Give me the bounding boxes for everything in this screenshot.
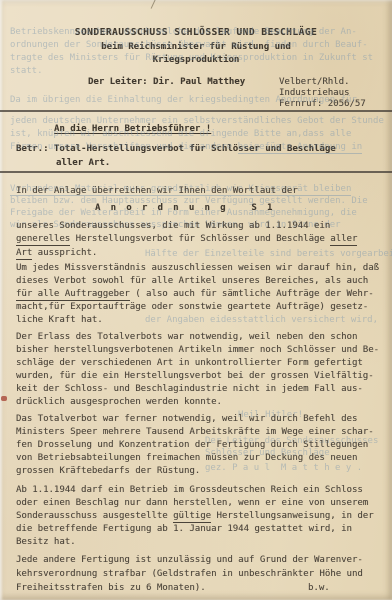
body-line: schläge der verschiedenen Art in unkontr… [16,358,363,369]
body-line: In der Anlage überreichen wir Ihnen den … [16,186,298,197]
ghost-line: ist, knüpfen wir abschliessend die dring… [10,129,351,140]
divider-rule-top [0,110,392,112]
body-line: bisher herstellungsverbotenen Artikeln i… [16,345,379,356]
ghost-line: Hälfte der Einzelteile sind bereits vorg… [145,249,392,260]
red-margin-mark [1,396,7,401]
pencil-mark [151,0,157,9]
body-line: die betreffende Fertigung ab 1. Januar 1… [16,524,352,535]
document-page: SONDERAUSSCHUSS SCHLÖSSER UND BESCHLÄGE … [0,0,392,600]
body-line: Der Erlass des Totalverbots war notwendi… [16,332,357,343]
body-line: Um jedes Missverständnis auszuschliessen… [16,263,379,274]
body-line: Jede andere Fertigung ist unzulässig und… [16,555,363,566]
body-line: Ab 1.1.1944 darf ein Betrieb im Grossdeu… [16,485,363,496]
body-line: Art ausspricht. [16,248,97,259]
body-line: Das Totalverbot war ferner notwendig, we… [16,414,357,425]
body-line: generelles Herstellungsverbot für Schlös… [16,234,357,245]
body-line: grossen Kräftebedarfs der Rüstung. [16,466,200,477]
body-line: für alle Auftraggeber ( also auch für sä… [16,289,374,300]
body-line: Besitz hat. [16,537,76,548]
body-line: macht,für Exportaufträge oder sonstwie g… [16,302,368,313]
body-line: keit der Schloss- und Beschlagindustrie … [16,384,363,395]
body-line: unseres Sonderausschusses, die mit Wirku… [16,221,330,232]
ghost-line: statt. [10,66,43,77]
body-line: Sonderausschuss ausgestellte gültige Her… [16,511,374,522]
ghost-line: gez. P a u l M a t t h e y . [205,463,362,474]
ghost-line: Firmen unsere Vorschriften und die ander… [10,142,362,153]
body-line: liche Kraft hat. [16,315,103,326]
body-line: kehrsverordnung strafbar (Geldstrafen in… [16,569,363,580]
ghost-line: Betriebskennzeichen, durch welche die la… [10,27,357,38]
body-line: Freiheitsstrafen bis zu 6 Monaten). [16,583,206,594]
leader-line: Der Leiter: Dir. Paul Matthey [88,77,245,88]
subject-line-2: aller Art. [56,158,110,169]
body-line: oder einen Beschlag nur dann herstellen,… [16,498,368,509]
body-line: dieses Verbot sowohl für alle Artikel un… [16,276,368,287]
body-line: Ministers Speer mehrere Tausend Arbeitsk… [16,427,374,438]
divider-rule-bottom [0,171,392,173]
ghost-line: jeden deutschen Unternehmer ein selbstve… [10,116,384,127]
ghost-line: tragte des Ministers für Rüstung und Kri… [10,53,373,64]
body-line: von Betriebsabteilungen freimachen müsse… [16,453,357,464]
ghost-line: ordnungen der Sonderausschüsse überwacht… [10,40,368,51]
ghost-line: Da im übrigen die Einhaltung der kriegsb… [10,95,357,106]
body-line: fen Drosselung und Konzentration der Fer… [16,440,368,451]
ghost-line: der Angaben eidesstattlich versichert wi… [145,315,378,326]
contact-city: Velbert/Rhld. [279,77,349,88]
body-line: wurden, für die ein Herstellungsverbot b… [16,371,374,382]
body-line: drücklich ausgesprochen werden konnte. [16,397,222,408]
body-line: b.w. [308,583,330,594]
body-line: A n o r d n u n g S 1 [95,203,275,214]
